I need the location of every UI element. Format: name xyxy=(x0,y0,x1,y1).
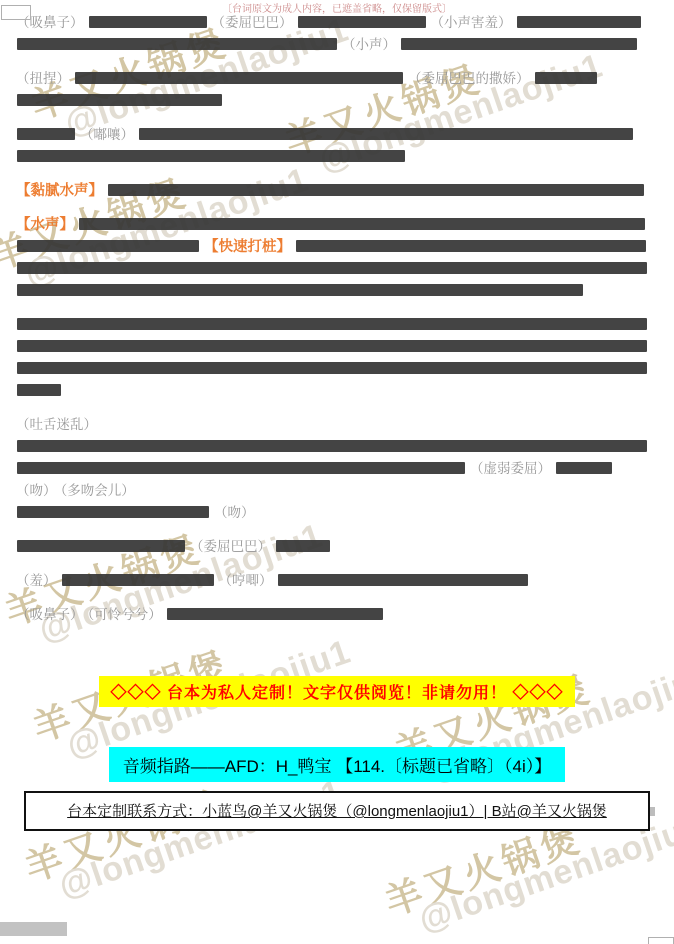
redacted-dialogue-bar xyxy=(75,72,403,84)
contact-text: 台本定制联系方式：小蓝鸟@羊又火锅煲（@longmenlaojiu1）| B站@… xyxy=(67,803,607,820)
script-line xyxy=(14,380,660,402)
script-line: （吐舌迷乱） xyxy=(14,414,660,436)
redacted-dialogue-bar xyxy=(296,240,646,252)
redacted-dialogue-bar xyxy=(17,540,185,552)
redacted-dialogue-bar xyxy=(62,574,214,586)
redacted-dialogue-bar xyxy=(17,462,465,474)
corner-artifact-top-left xyxy=(1,5,31,20)
script-line: 【黏腻水声】 xyxy=(14,180,660,202)
script-line: 【快速打桩】 xyxy=(14,236,660,258)
redacted-dialogue-bar xyxy=(17,362,647,374)
stage-cue-label: （多吻会儿） xyxy=(61,483,135,498)
contact-box: 台本定制联系方式：小蓝鸟@羊又火锅煲（@longmenlaojiu1）| B站@… xyxy=(24,791,650,831)
redacted-dialogue-bar xyxy=(17,284,583,296)
redacted-dialogue-bar xyxy=(108,184,644,196)
script-line xyxy=(14,280,660,302)
sfx-label: 【黏腻水声】 xyxy=(16,183,103,199)
redacted-dialogue-bar xyxy=(17,340,647,352)
permission-banner: ◇◇◇ 台本为私人定制！文字仅供阅览！非请勿用！ ◇◇◇ xyxy=(99,676,576,707)
redacted-dialogue-bar xyxy=(278,574,528,586)
redacted-dialogue-bar xyxy=(535,72,597,84)
redacted-dialogue-bar xyxy=(17,440,647,452)
script-line: （羞）（哼唧） xyxy=(14,570,660,592)
stage-cue-label: （吐舌迷乱） xyxy=(16,417,97,432)
stage-cue-label: （小声害羞） xyxy=(431,15,512,30)
script-line: （虚弱委屈） xyxy=(14,458,660,480)
redacted-dialogue-bar xyxy=(167,608,383,620)
stage-cue-label: （委屈巴巴） xyxy=(190,539,271,554)
redacted-dialogue-bar xyxy=(17,94,222,106)
corner-artifact-bottom-right xyxy=(648,937,674,944)
redacted-dialogue-bar xyxy=(79,218,645,230)
stage-cue-label: （羞） xyxy=(16,573,57,588)
redacted-dialogue-bar xyxy=(17,262,647,274)
sfx-label: 【水声】 xyxy=(16,217,74,233)
sfx-label: 【快速打桩】 xyxy=(204,239,291,255)
stage-cue-label: （哼唧） xyxy=(219,573,273,588)
script-line: （扭捏）（委屈巴巴的撒娇） xyxy=(14,68,660,90)
stage-cue-label: （扭捏） xyxy=(16,71,70,86)
redacted-dialogue-bar xyxy=(89,16,207,28)
redacted-dialogue-bar xyxy=(17,318,647,330)
redacted-dialogue-bar xyxy=(17,240,199,252)
redacted-dialogue-bar xyxy=(17,506,209,518)
stage-cue-label: （可怜兮兮） xyxy=(88,607,162,622)
script-line xyxy=(14,90,660,112)
script-line: （小声） xyxy=(14,34,660,56)
script-body: （吸鼻子）（委屈巴巴）（小声害羞）（小声）（扭捏）（委屈巴巴的撒娇）（嘟嚷）【黏… xyxy=(0,0,674,626)
script-line: （吸鼻子）（委屈巴巴）（小声害羞） xyxy=(14,12,660,34)
audio-guide-banner: 音频指路——AFD：H_鸭宝 【114.〔标题已省略〕（4i）】 xyxy=(109,747,566,782)
audio-guide-banner-row: 音频指路——AFD：H_鸭宝 【114.〔标题已省略〕（4i）】 xyxy=(0,707,674,782)
script-line xyxy=(14,358,660,380)
stage-cue-label: （吻） xyxy=(16,483,57,498)
script-line xyxy=(14,336,660,358)
script-line xyxy=(14,314,660,336)
redacted-dialogue-bar xyxy=(17,38,337,50)
redacted-dialogue-bar xyxy=(276,540,330,552)
stage-cue-label: （吻） xyxy=(214,505,255,520)
stage-cue-label: （小声） xyxy=(342,37,396,52)
redacted-dialogue-bar xyxy=(517,16,641,28)
script-document-page: 羊又火锅煲 @longmenlaojiu1 羊又火锅煲 @longmenlaoj… xyxy=(0,0,674,944)
script-line xyxy=(14,436,660,458)
stage-cue-label: （委屈巴巴） xyxy=(212,15,293,30)
script-line: （吻） xyxy=(14,502,660,524)
redacted-dialogue-bar xyxy=(298,16,426,28)
permission-banner-row: ◇◇◇ 台本为私人定制！文字仅供阅览！非请勿用！ ◇◇◇ xyxy=(0,626,674,707)
script-line xyxy=(14,258,660,280)
stage-cue-label: （吸鼻子） xyxy=(16,607,84,622)
stage-cue-label: （嘟嚷） xyxy=(80,127,134,142)
redacted-dialogue-bar xyxy=(139,128,633,140)
stage-cue-label: （虚弱委屈） xyxy=(470,461,551,476)
script-line xyxy=(14,146,660,168)
redacted-dialogue-bar xyxy=(17,384,61,396)
corner-chip-bottom-left xyxy=(0,922,67,936)
script-line: 【水声】 xyxy=(14,214,660,236)
script-line: （吸鼻子）（可怜兮兮） xyxy=(14,604,660,626)
script-line: （委屈巴巴） xyxy=(14,536,660,558)
redaction-notice: 〔台词原文为成人内容，已遮盖省略，仅保留版式〕 xyxy=(222,0,452,15)
redacted-dialogue-bar xyxy=(17,150,405,162)
redacted-dialogue-bar xyxy=(401,38,637,50)
redacted-dialogue-bar xyxy=(556,462,612,474)
stage-cue-label: （委屈巴巴的撒娇） xyxy=(408,71,530,86)
script-line: （吻）（多吻会儿） xyxy=(14,480,660,502)
script-line: （嘟嚷） xyxy=(14,124,660,146)
redacted-dialogue-bar xyxy=(17,128,75,140)
